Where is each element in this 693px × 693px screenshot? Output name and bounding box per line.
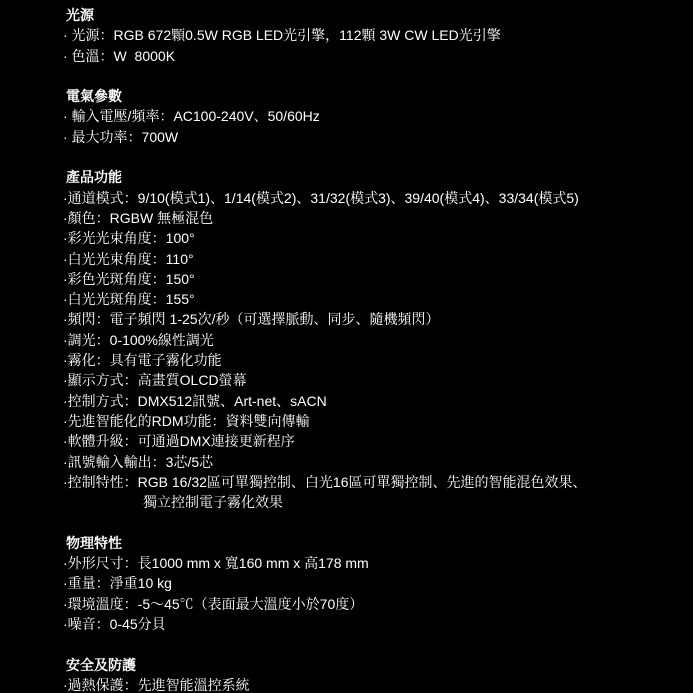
spec-line: ·白光光束角度：110° <box>63 249 679 269</box>
spec-line: ·顯示方式：高畫質OLCD螢幕 <box>63 370 679 390</box>
section-heading: 電氣參數 <box>63 86 679 106</box>
spec-line: ·通道模式：9/10(模式1)、1/14(模式2)、31/32(模式3)、39/… <box>63 188 679 208</box>
spec-line: ·彩光光束角度：100° <box>63 228 679 248</box>
spec-line: ·白光光斑角度：155° <box>63 289 679 309</box>
spec-line: ·調光：0-100%線性調光 <box>63 330 679 350</box>
spec-line: · 最大功率：700W <box>63 127 679 147</box>
section-heading: 物理特性 <box>63 533 679 553</box>
spec-section: 光源· 光源：RGB 672顆0.5W RGB LED光引擎，112顆 3W C… <box>63 5 679 66</box>
spec-section: 安全及防護·過熱保護：先進智能溫控系統 <box>63 655 679 693</box>
section-heading: 光源 <box>63 5 679 25</box>
spec-line: ·噪音：0-45分貝 <box>63 614 679 634</box>
spec-section: 物理特性·外形尺寸：長1000 mm x 寬160 mm x 高178 mm·重… <box>63 533 679 634</box>
section-heading: 產品功能 <box>63 167 679 187</box>
spec-line: ·先進智能化的RDM功能：資料雙向傳輸 <box>63 411 679 431</box>
spec-line: ·彩色光斑角度：150° <box>63 269 679 289</box>
spec-sheet: 光源· 光源：RGB 672顆0.5W RGB LED光引擎，112顆 3W C… <box>0 0 693 693</box>
spec-line: ·軟體升級：可通過DMX連接更新程序 <box>63 431 679 451</box>
spec-line: ·控制方式：DMX512訊號、Art-net、sACN <box>63 391 679 411</box>
spec-line: ·控制特性：RGB 16/32區可單獨控制、白光16區可單獨控制、先進的智能混色… <box>63 472 679 492</box>
spec-line: · 光源：RGB 672顆0.5W RGB LED光引擎，112顆 3W CW … <box>63 25 679 45</box>
spec-line: ·頻閃：電子頻閃 1-25次/秒（可選擇脈動、同步、隨機頻閃） <box>63 309 679 329</box>
spec-section: 電氣參數· 輸入電壓/頻率：AC100-240V、50/60Hz· 最大功率：7… <box>63 86 679 147</box>
section-heading: 安全及防護 <box>63 655 679 675</box>
spec-line: ·顏色：RGBW 無極混色 <box>63 208 679 228</box>
spec-line: · 色溫：W 8000K <box>63 46 679 66</box>
spec-line: · 輸入電壓/頻率：AC100-240V、50/60Hz <box>63 106 679 126</box>
spec-line: ·外形尺寸：長1000 mm x 寬160 mm x 高178 mm <box>63 553 679 573</box>
spec-line: ·訊號輸入輸出：3芯/5芯 <box>63 452 679 472</box>
spec-section: 產品功能·通道模式：9/10(模式1)、1/14(模式2)、31/32(模式3)… <box>63 167 679 512</box>
spec-line: ·重量：淨重10 kg <box>63 573 679 593</box>
spec-line-continuation: 獨立控制電子霧化效果 <box>63 492 679 512</box>
spec-line: ·霧化：具有電子霧化功能 <box>63 350 679 370</box>
spec-line: ·環境溫度：-5～45℃（表面最大溫度小於70度） <box>63 594 679 614</box>
spec-line: ·過熱保護：先進智能溫控系統 <box>63 675 679 693</box>
